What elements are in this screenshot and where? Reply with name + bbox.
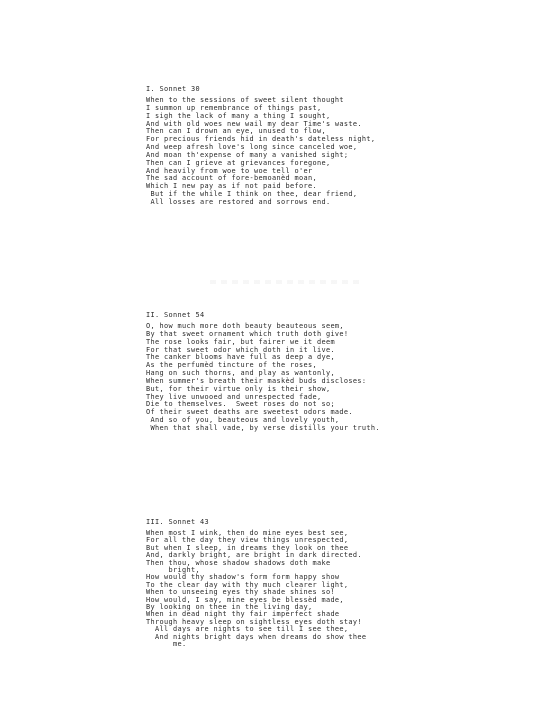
section-sonnet-43: III. Sonnet 43 When most I wink, then do… <box>146 518 366 649</box>
poem-lines: When most I wink, then do mine eyes best… <box>146 530 366 649</box>
poem-line: When that shall vade, by verse distills … <box>146 425 380 433</box>
document-page: I. Sonnet 30 When to the sessions of swe… <box>0 0 533 725</box>
poem-line: All losses are restored and sorrows end. <box>146 199 375 207</box>
poem-line: me. <box>146 641 366 648</box>
section-title: III. Sonnet 43 <box>146 518 366 526</box>
poem-lines: O, how much more doth beauty beauteous s… <box>146 323 380 433</box>
section-sonnet-30: I. Sonnet 30 When to the sessions of swe… <box>146 85 375 207</box>
bleed-through-artifact <box>210 280 360 284</box>
section-title: I. Sonnet 30 <box>146 85 375 93</box>
poem-lines: When to the sessions of sweet silent tho… <box>146 97 375 207</box>
section-sonnet-54: II. Sonnet 54 O, how much more doth beau… <box>146 311 380 433</box>
section-title: II. Sonnet 54 <box>146 311 380 319</box>
